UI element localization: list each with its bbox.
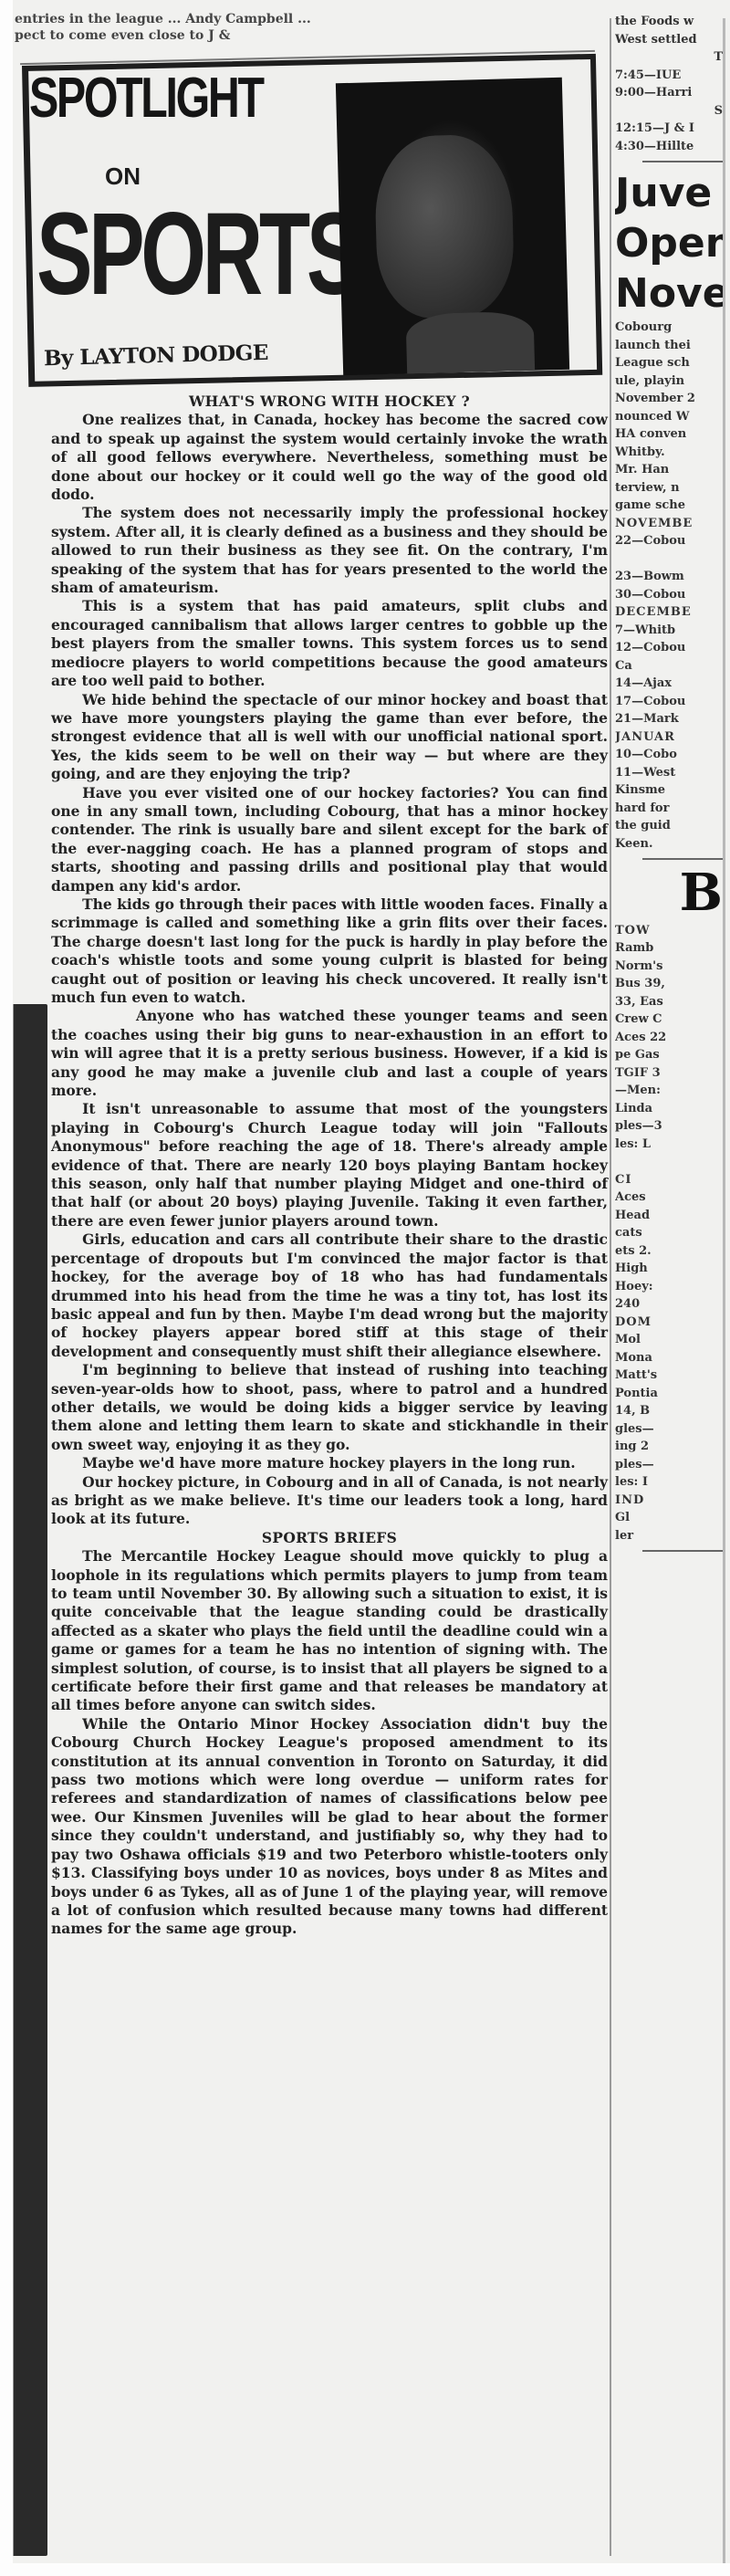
article-paragraph: One realizes that, in Canada, hockey has… xyxy=(51,411,608,504)
article-paragraph: Maybe we'd have more mature hockey playe… xyxy=(51,1454,608,1472)
side-line: 7—Whitb xyxy=(615,622,723,640)
side-line: TGIF 3 xyxy=(615,1064,723,1083)
side-line: Kinsme xyxy=(615,781,723,800)
side-line: hard for xyxy=(615,800,723,818)
side-line: 10—Cobo xyxy=(615,746,723,764)
side-line: ler xyxy=(615,1527,723,1545)
side-headline: Juve xyxy=(615,168,723,218)
side-line: Mona xyxy=(615,1349,723,1367)
side-line: terview, n xyxy=(615,479,723,497)
side-line: Hoey: xyxy=(615,1278,723,1296)
side-line: 17—Cobou xyxy=(615,693,723,711)
side-line: West settled xyxy=(615,31,723,49)
side-line: 22—Cobou xyxy=(615,532,723,550)
side-line: ule, playin xyxy=(615,372,723,391)
side-line: 11—West xyxy=(615,764,723,782)
side-line: 30—Cobou xyxy=(615,586,723,604)
side-line: Norm's xyxy=(615,958,723,976)
side-line: 23—Bowm xyxy=(615,568,723,586)
side-headline: Nove xyxy=(615,268,723,319)
side-line: —Men: xyxy=(615,1082,723,1100)
side-line: Linda xyxy=(615,1100,723,1118)
portrait-shirt xyxy=(406,311,536,374)
side-line xyxy=(615,550,723,569)
side-bowling-results: TOWRambNorm'sBus 39,33, EasCrew CAces 22… xyxy=(615,922,723,1545)
column-divider xyxy=(610,18,611,2556)
side-line: Crew C xyxy=(615,1011,723,1029)
article-paragraph: It isn't unreasonable to assume that mos… xyxy=(51,1100,608,1230)
columnist-photo xyxy=(336,78,569,375)
article-paragraph: The kids go through their paces with lit… xyxy=(51,895,608,1007)
side-line: pe Gas xyxy=(615,1046,723,1064)
article-paragraph: This is a system that has paid amateurs,… xyxy=(51,597,608,690)
side-line: cats xyxy=(615,1224,723,1242)
side-line: les: I xyxy=(615,1473,723,1492)
side-section-letter: B xyxy=(615,865,723,922)
side-line: les: L xyxy=(615,1136,723,1154)
column-divider-right xyxy=(723,18,725,2565)
article-paragraph: I'm beginning to believe that instead of… xyxy=(51,1361,608,1454)
side-line: launch thei xyxy=(615,337,723,355)
side-rule xyxy=(642,1550,723,1552)
previous-article-fragment: entries in the league ... Andy Campbell … xyxy=(15,11,599,44)
schedule-line: 12:15—J & I xyxy=(615,120,723,138)
side-line: game sche xyxy=(615,497,723,515)
side-line: 33, Eas xyxy=(615,993,723,1011)
article-body: WHAT'S WRONG WITH HOCKEY ? One realizes … xyxy=(51,393,608,1939)
side-line: Matt's xyxy=(615,1367,723,1385)
side-line: 12—Cobou xyxy=(615,639,723,657)
side-line: November 2 xyxy=(615,390,723,408)
side-line: Aces 22 xyxy=(615,1029,723,1047)
side-line: Mol xyxy=(615,1331,723,1349)
side-rule xyxy=(642,858,723,860)
side-line: Ramb xyxy=(615,939,723,958)
side-line: DECEMBE xyxy=(615,603,723,622)
side-line: the guid xyxy=(615,817,723,835)
side-line: TOW xyxy=(615,922,723,940)
brief-paragraph: The Mercantile Hockey League should move… xyxy=(51,1547,608,1715)
fragment-line: entries in the league ... Andy Campbell … xyxy=(15,11,599,27)
adjacent-column: the Foods w West settled T 7:45—IUE 9:00… xyxy=(615,13,723,1557)
schedule-day-marker: T xyxy=(615,48,723,67)
article-paragraph: Our hockey picture, in Cobourg and in al… xyxy=(51,1473,608,1529)
side-line: Aces xyxy=(615,1189,723,1207)
side-line: Whitby. xyxy=(615,444,723,462)
column-title-on: ON xyxy=(105,162,141,191)
side-line: League sch xyxy=(615,354,723,372)
page-bottom-margin xyxy=(0,2563,730,2576)
page-binding-edge xyxy=(11,1004,47,2556)
side-line: IND xyxy=(615,1492,723,1510)
side-line: ing 2 xyxy=(615,1438,723,1456)
article-headline: WHAT'S WRONG WITH HOCKEY ? xyxy=(51,393,608,411)
side-line: 240 xyxy=(615,1295,723,1314)
article-paragraph: The system does not necessarily imply th… xyxy=(51,504,608,597)
side-line: DOM xyxy=(615,1314,723,1332)
briefs-heading: SPORTS BRIEFS xyxy=(51,1529,608,1547)
schedule-line: 9:00—Harri xyxy=(615,84,723,102)
article-paragraph: Have you ever visited one of our hockey … xyxy=(51,784,608,895)
side-line: High xyxy=(615,1260,723,1278)
side-line: JANUAR xyxy=(615,728,723,747)
side-line: Keen. xyxy=(615,835,723,853)
article-paragraph: Girls, education and cars all contribute… xyxy=(51,1230,608,1361)
schedule-line: 7:45—IUE xyxy=(615,67,723,85)
article-paragraph: We hide behind the spectacle of our mino… xyxy=(51,691,608,784)
side-line: Bus 39, xyxy=(615,975,723,993)
side-line: 21—Mark xyxy=(615,710,723,728)
side-story: Cobourglaunch theiLeague schule, playinN… xyxy=(615,319,723,853)
schedule-line: 4:30—Hillte xyxy=(615,138,723,156)
side-line: Ca xyxy=(615,657,723,675)
column-title-spotlight: SPOTLIGHT xyxy=(29,66,263,131)
side-line: NOVEMBE xyxy=(615,515,723,533)
brief-paragraph: While the Ontario Minor Hockey Associati… xyxy=(51,1715,608,1939)
side-line: the Foods w xyxy=(615,13,723,31)
schedule-day-marker: S xyxy=(615,102,723,120)
side-headline: Open xyxy=(615,218,723,268)
article-paragraph: Anyone who has watched these younger tea… xyxy=(51,1007,608,1100)
side-rule xyxy=(642,161,723,162)
side-line: ples—3 xyxy=(615,1117,723,1136)
side-line xyxy=(615,1153,723,1171)
side-line: 14, B xyxy=(615,1402,723,1420)
side-line: CI xyxy=(615,1171,723,1189)
side-line: ples— xyxy=(615,1456,723,1474)
side-line: Gl xyxy=(615,1509,723,1527)
side-line: HA conven xyxy=(615,425,723,444)
side-line: Cobourg xyxy=(615,319,723,337)
side-line: gles— xyxy=(615,1420,723,1439)
side-line: Mr. Han xyxy=(615,461,723,479)
side-line: Pontia xyxy=(615,1385,723,1403)
side-line: 14—Ajax xyxy=(615,675,723,693)
side-line: nounced W xyxy=(615,408,723,426)
fragment-line: pect to come even close to J & xyxy=(15,27,599,44)
column-title-sports: SPORTS xyxy=(36,196,359,313)
side-line: ets 2. xyxy=(615,1242,723,1261)
portrait-face xyxy=(373,133,515,319)
side-line: Head xyxy=(615,1207,723,1225)
